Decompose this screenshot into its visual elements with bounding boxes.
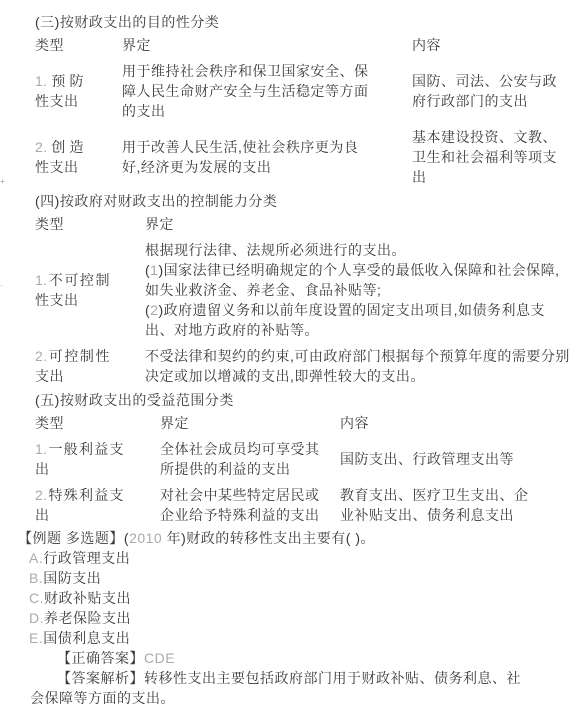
section-heading-benefit: (五)按财政支出的受益范围分类 [35,390,580,410]
definition-cell: 不受法律和契约的约束,可由政府部门根据每个预算年度的需要分别决定或加以增减的支出… [145,346,580,386]
scan-artifact: + [0,178,5,186]
definition-line: (2)政府遗留义务和以前年度设置的固定支出项目,如债务利息支出、对地方政府的补贴… [145,300,572,340]
definition-cell: 对社会中某些特定居民或企业给予特殊利益的支出 [160,485,340,525]
content-cell: 教育支出、医疗卫生支出、企业补贴支出、债务利息支出 [340,485,580,525]
column-header-definition: 界定 [122,35,412,55]
type-cell: 2.可控制性支出 [35,346,145,386]
type-cell: 2.创造性支出 [35,137,122,177]
scan-artifact: · [0,282,3,290]
column-header-type: 类型 [35,413,160,433]
section-heading-purpose: (三)按财政支出的目的性分类 [35,12,580,32]
column-header-definition: 界定 [160,413,340,433]
column-header-definition: 界定 [145,214,580,234]
definition-cell: 全体社会成员均可享受其所提供的利益的支出 [160,439,340,479]
type-cell: 2.特殊利益支出 [35,485,160,525]
definition-line: (1)国家法律已经明确规定的个人享受的最低收入保障和社会保障,如失业救济金、养老… [145,260,572,300]
option-a: A.行政管理支出 [29,548,580,568]
column-header-type: 类型 [35,35,122,55]
option-b: B.国防支出 [29,568,580,588]
answer-analysis: 【答案解析】转移性支出主要包括政府部门用于财政补贴、债务利息、社会保障等方面的支… [30,668,530,708]
content-cell: 基本建设投资、文教、卫生和社会福利等项支出 [412,127,580,187]
purpose-table: 类型 界定 内容 1.预防性支出 用于维持社会秩序和保卫国家安全、保障人民生命财… [35,35,580,187]
column-header-type: 类型 [35,214,145,234]
section-heading-control: (四)按政府对财政支出的控制能力分类 [35,191,580,211]
content-cell: 国防、司法、公安与政府行政部门的支出 [412,71,580,111]
control-table: 类型 界定 1.不可控制性支出 根据现行法律、法规所必须进行的支出。 (1)国家… [35,214,580,386]
type-cell: 1.预防性支出 [35,71,122,111]
definition-line: 不受法律和契约的约束,可由政府部门根据每个预算年度的需要分别决定或加以增减的支出… [145,346,572,386]
definition-cell: 根据现行法律、法规所必须进行的支出。 (1)国家法律已经明确规定的个人享受的最低… [145,240,580,340]
question-text: 【例题 多选题】(2010 年)财政的转移性支出主要有( )。 [18,528,580,548]
option-d: D.养老保险支出 [29,608,580,628]
definition-cell: 用于改善人民生活,使社会秩序更为良好,经济更为发展的支出 [122,137,412,177]
document-page: { "page": { "colors": { "text": "#3a3a3a… [0,0,580,708]
option-c: C.财政补贴支出 [29,588,580,608]
column-header-content: 内容 [412,35,580,55]
benefit-table: 类型 界定 内容 1.一般利益支出 全体社会成员均可享受其所提供的利益的支出 国… [35,413,580,525]
column-header-content: 内容 [340,413,580,433]
type-cell: 1.一般利益支出 [35,439,160,479]
definition-line: 根据现行法律、法规所必须进行的支出。 [145,240,572,260]
definition-cell: 用于维持社会秩序和保卫国家安全、保障人民生命财产安全与生活稳定等方面的支出 [122,61,412,121]
option-e: E.国债利息支出 [29,628,580,648]
example-question-block: 【例题 多选题】(2010 年)财政的转移性支出主要有( )。 A.行政管理支出… [0,528,580,708]
content-cell: 国防支出、行政管理支出等 [340,449,580,469]
type-cell: 1.不可控制性支出 [35,270,145,310]
correct-answer-line: 【正确答案】CDE [57,648,580,668]
